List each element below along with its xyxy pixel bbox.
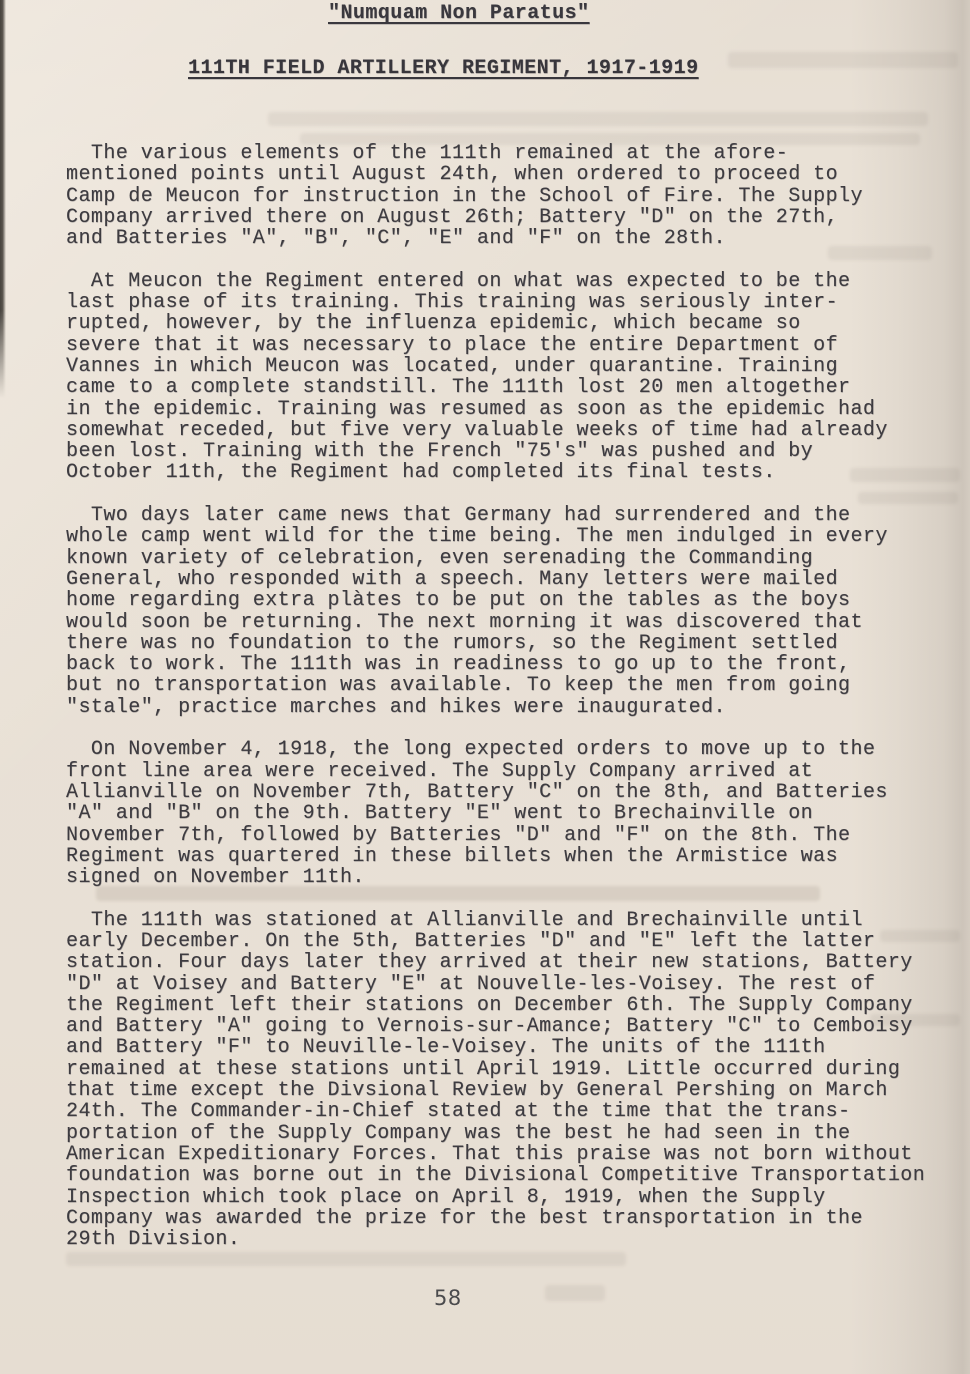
page-number: 58 bbox=[434, 1286, 462, 1310]
document-body: The various elements of the 111th remain… bbox=[66, 143, 956, 1272]
paragraph-2: At Meucon the Regiment entered on what w… bbox=[66, 271, 956, 484]
paragraph-4: On November 4, 1918, the long expected o… bbox=[66, 739, 956, 888]
regimental-motto: "Numquam Non Paratus" bbox=[328, 2, 590, 25]
paragraph-1: The various elements of the 111th remain… bbox=[66, 143, 956, 249]
bleed-through-smudge bbox=[545, 1285, 605, 1301]
page-title: 111TH FIELD ARTILLERY REGIMENT, 1917-191… bbox=[188, 57, 699, 80]
paragraph-5: The 111th was stationed at Allianville a… bbox=[66, 910, 956, 1251]
binding-edge-shadow bbox=[0, 0, 6, 398]
bleed-through-smudge bbox=[728, 52, 958, 68]
paragraph-3: Two days later came news that Germany ha… bbox=[66, 505, 956, 718]
bleed-through-smudge bbox=[268, 112, 928, 126]
scanned-document-page: "Numquam Non Paratus" 111TH FIELD ARTILL… bbox=[0, 0, 970, 1374]
